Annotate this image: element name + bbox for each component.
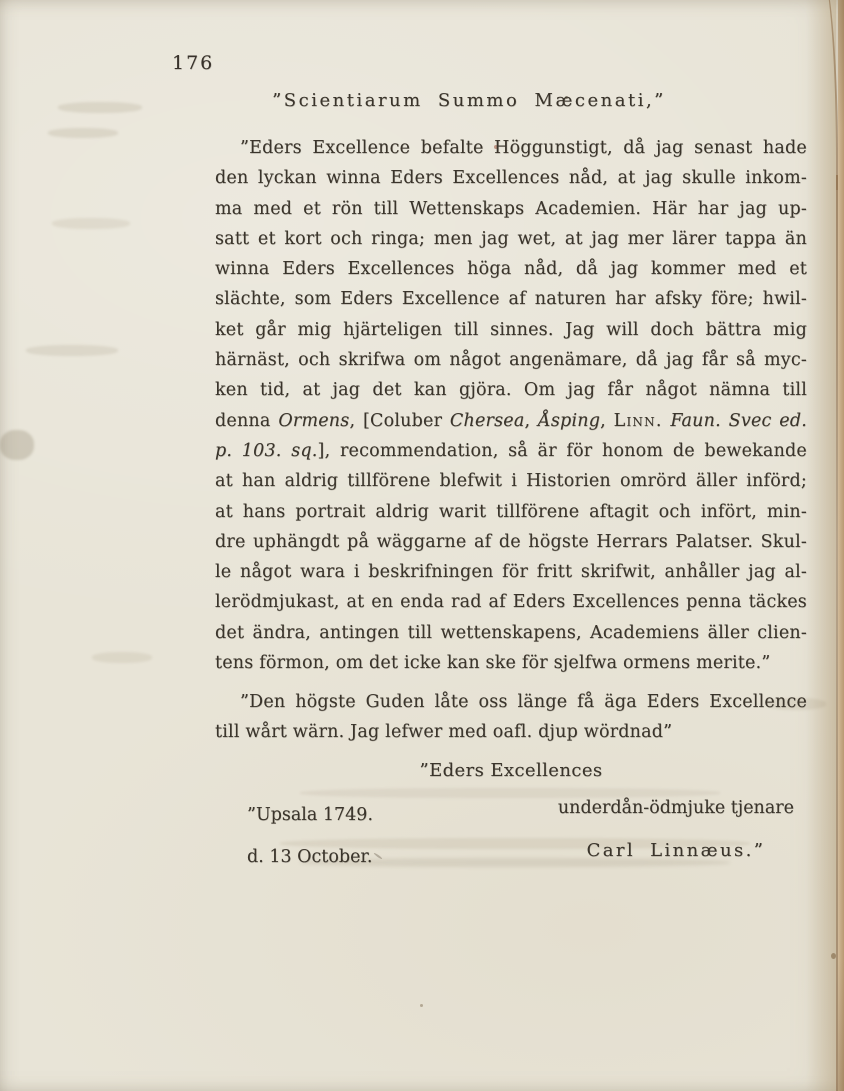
text-line: ken tid, at jag det kan gjöra. Om jag få… [215,375,807,405]
text-line: dre uphängdt på wäggarne af de högste He… [215,527,807,557]
text-line: denna Ormens, [Coluber Chersea, Åsping, … [215,406,807,436]
show-through-smudge [48,128,118,138]
closing-courtesy: underdån-ödmjuke tjenare [558,798,794,819]
closing-place-date: ”Upsala 1749. d. 13 October. [247,805,373,868]
show-through-smudge [92,652,152,663]
text-line: le något wara i beskrifningen för fritt … [215,557,807,587]
letter-paragraph-1: ”Eders Excellence befalte Höggunstigt, d… [215,133,807,678]
text-line: lerödmjukast, at en enda rad af Eders Ex… [215,587,807,617]
show-through-smudge [300,788,720,798]
text-line: slächte, som Eders Excellence af naturen… [215,284,807,314]
text-line: satt et kort och ringa; men jag wet, at … [215,224,807,254]
page-number: 176 [172,52,214,74]
paper-speck [420,1004,423,1007]
show-through-smudge [52,218,130,229]
signature-name: Carl Linnæus.” [558,840,794,861]
letter-salutation: ”Eders Excellences [215,760,807,781]
show-through-smudge [26,345,118,356]
book-edge-strip [838,0,844,1091]
closing-place: ”Upsala 1749. [247,805,373,826]
text-line: den lyckan winna Eders Excellences nåd, … [215,163,807,193]
text-line: ”Eders Excellence befalte Höggunstigt, d… [215,133,807,163]
text-line: det ändra, antingen till wettenskapens, … [215,618,807,648]
text-line: at hans portrait aldrig warit tillförene… [215,497,807,527]
text-line: härnäst, och skrifwa om något angenämare… [215,345,807,375]
text-line: p. 103. sq.], recommendation, så är för … [215,436,807,466]
letter-paragraph-2: ”Den högste Guden låte oss länge få äga … [215,687,807,748]
book-page: 176 ”Scientiarum Summo Mæcenati,” ”Eders… [0,0,844,1091]
closing-signature: underdån-ödmjuke tjenare Carl Linnæus.” [558,798,794,861]
text-line: ”Den högste Guden låte oss länge få äga … [215,687,807,717]
text-line: tens förmon, om det icke kan ske för sje… [215,648,807,678]
text-line: at han aldrig tillförene blefwit i Histo… [215,466,807,496]
text-line: till wårt wärn. Jag lefwer med oafl. dju… [215,717,807,747]
text-line: ket går mig hjärteligen till sinnes. Jag… [215,315,807,345]
closing-date: d. 13 October. [247,847,373,868]
letter-heading: ”Scientiarum Summo Mæcenati,” [173,90,765,111]
text-line: winna Eders Excellences höga nåd, då jag… [215,254,807,284]
letter-closing: ”Upsala 1749. d. 13 October. underdån-öd… [215,798,807,878]
text-line: ma med et rön till Wettenskaps Academien… [215,194,807,224]
show-through-smudge [0,430,34,460]
show-through-smudge [58,102,142,113]
